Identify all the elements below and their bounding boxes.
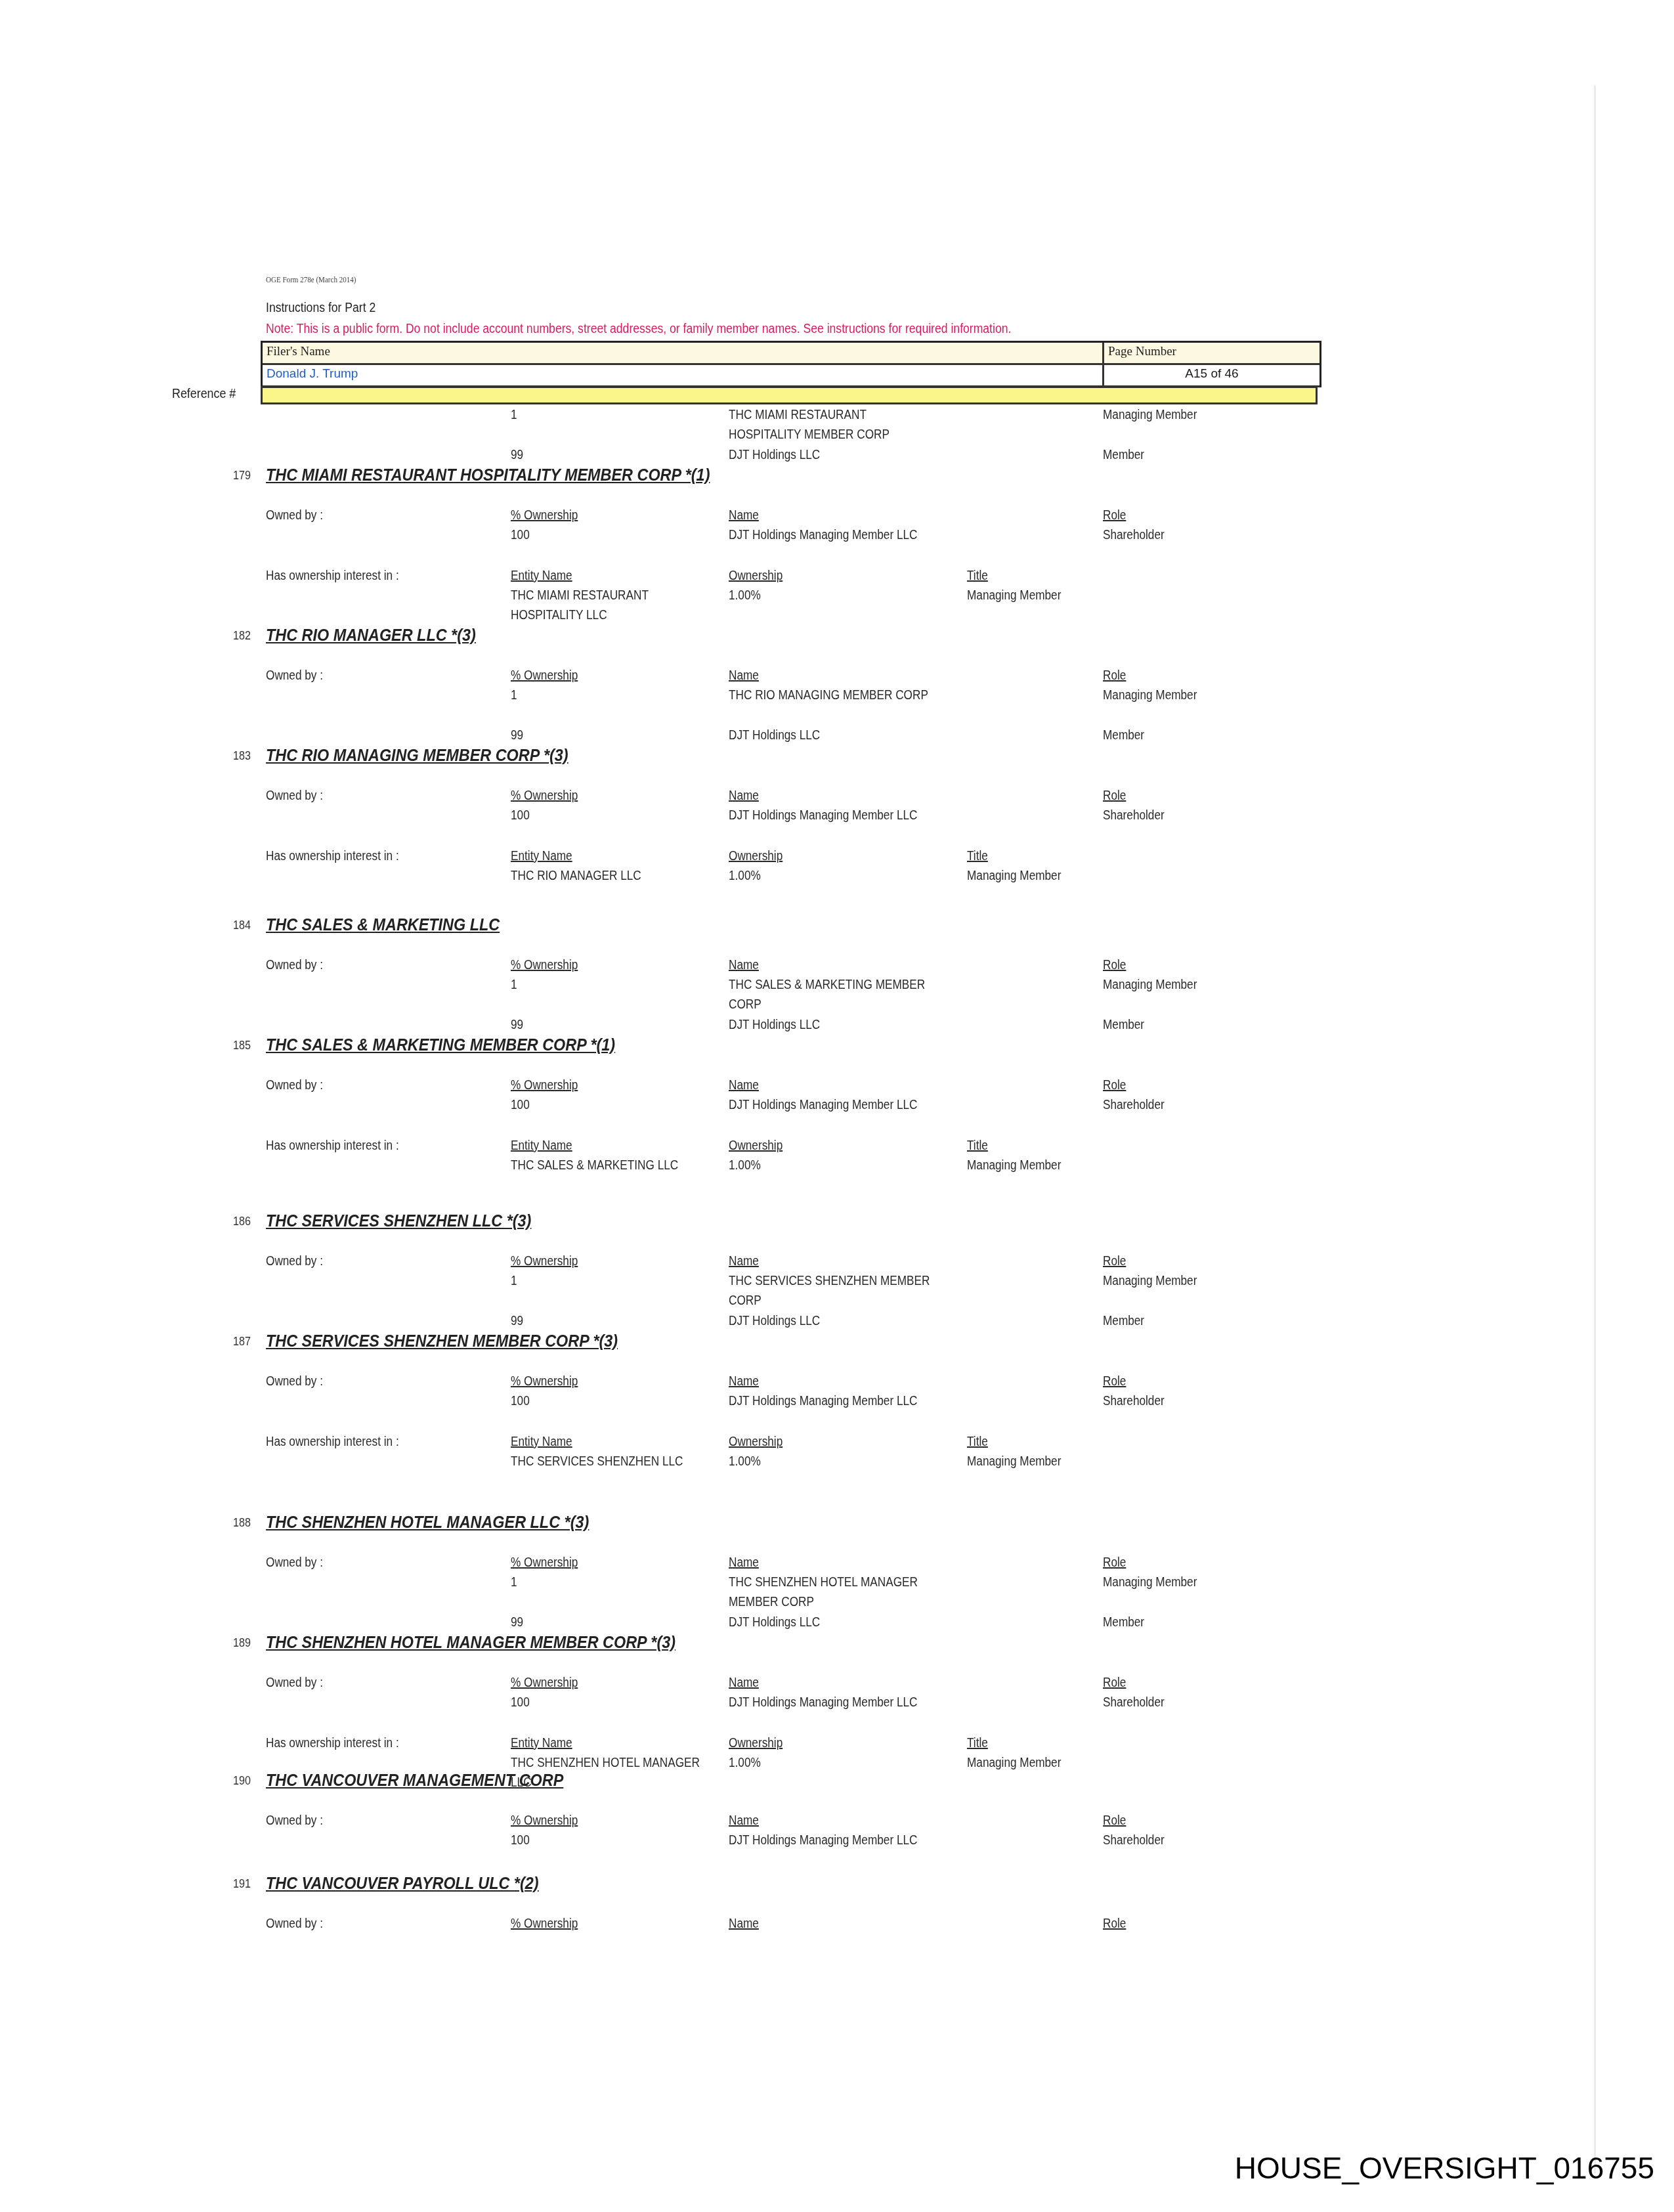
entity-name-header: Entity Name xyxy=(511,566,572,586)
ownership-pct: 100 xyxy=(511,806,530,825)
interest-entity-name: THC SALES & MARKETING LLC xyxy=(511,1156,678,1175)
ownership-pct: 99 xyxy=(511,1613,523,1632)
owned-by-label: Owned by : xyxy=(266,1553,323,1572)
section-title: THC SHENZHEN HOTEL MANAGER LLC *(3) xyxy=(266,1512,589,1532)
ownership-pct: 1 xyxy=(511,1271,517,1291)
owner-role: Member xyxy=(1103,1015,1144,1035)
title-header: Title xyxy=(967,566,988,586)
section-title: THC SHENZHEN HOTEL MANAGER MEMBER CORP *… xyxy=(266,1632,676,1653)
ownership-pct: 100 xyxy=(511,525,530,545)
owned-by-label: Owned by : xyxy=(266,1811,323,1831)
section-number: 183 xyxy=(233,749,251,764)
owner-role: Shareholder xyxy=(1103,525,1165,545)
owner-role: Member xyxy=(1103,445,1144,465)
section-title: THC SALES & MARKETING MEMBER CORP *(1) xyxy=(266,1035,615,1055)
entity-name-header: Entity Name xyxy=(511,846,572,866)
ownership-pct: 1 xyxy=(511,685,517,705)
name-header: Name xyxy=(729,1914,759,1934)
header-value-row: Donald J. Trump A15 of 46 xyxy=(263,365,1320,387)
role-header: Role xyxy=(1103,1251,1126,1271)
section-title: THC VANCOUVER MANAGEMENT CORP xyxy=(266,1770,563,1790)
pct-ownership-header: % Ownership xyxy=(511,786,578,806)
owner-role: Member xyxy=(1103,1613,1144,1632)
interest-ownership: 1.00% xyxy=(729,1753,761,1773)
owner-role: Shareholder xyxy=(1103,1831,1165,1850)
owned-by-label: Owned by : xyxy=(266,1673,323,1693)
interest-title: Managing Member xyxy=(967,866,1061,886)
owner-name-cont: HOSPITALITY MEMBER CORP xyxy=(729,425,890,445)
interest-entity-name: THC RIO MANAGER LLC xyxy=(511,866,641,886)
owner-name: DJT Holdings LLC xyxy=(729,445,820,465)
ownership-pct: 99 xyxy=(511,1015,523,1035)
ownership-header: Ownership xyxy=(729,566,783,586)
interest-entity-name: THC MIAMI RESTAURANT xyxy=(511,586,649,605)
section-number: 188 xyxy=(233,1516,251,1530)
name-header: Name xyxy=(729,786,759,806)
name-header: Name xyxy=(729,1372,759,1391)
section-title: THC MIAMI RESTAURANT HOSPITALITY MEMBER … xyxy=(266,465,710,485)
owner-role: Member xyxy=(1103,1311,1144,1331)
name-header: Name xyxy=(729,1673,759,1693)
owner-name: DJT Holdings LLC xyxy=(729,1613,820,1632)
interest-title: Managing Member xyxy=(967,586,1061,605)
pct-ownership-header: % Ownership xyxy=(511,666,578,685)
role-header: Role xyxy=(1103,666,1126,685)
owner-role: Shareholder xyxy=(1103,806,1165,825)
ownership-pct: 100 xyxy=(511,1391,530,1411)
owner-name: DJT Holdings Managing Member LLC xyxy=(729,806,917,825)
ownership-header: Ownership xyxy=(729,1733,783,1753)
owned-by-label: Owned by : xyxy=(266,506,323,525)
ownership-pct: 100 xyxy=(511,1693,530,1712)
owned-by-label: Owned by : xyxy=(266,786,323,806)
ownership-header: Ownership xyxy=(729,846,783,866)
section-number: 186 xyxy=(233,1215,251,1229)
owner-name-cont: CORP xyxy=(729,995,762,1014)
section-number: 189 xyxy=(233,1636,251,1651)
owner-role: Managing Member xyxy=(1103,405,1197,425)
title-header: Title xyxy=(967,1136,988,1156)
title-header: Title xyxy=(967,1733,988,1753)
owner-role: Shareholder xyxy=(1103,1693,1165,1712)
title-header: Title xyxy=(967,1432,988,1452)
section-number: 190 xyxy=(233,1774,251,1789)
ownership-pct: 100 xyxy=(511,1095,530,1115)
form-version: OGE Form 278e (March 2014) xyxy=(266,274,356,285)
owner-role: Managing Member xyxy=(1103,1572,1197,1592)
owned-by-label: Owned by : xyxy=(266,1251,323,1271)
pct-ownership-header: % Ownership xyxy=(511,1673,578,1693)
owned-by-label: Owned by : xyxy=(266,1075,323,1095)
owner-name: DJT Holdings LLC xyxy=(729,1311,820,1331)
has-interest-label: Has ownership interest in : xyxy=(266,566,399,586)
scan-edge-shadow xyxy=(1594,85,1596,2173)
bates-stamp: HOUSE_OVERSIGHT_016755 xyxy=(1235,2150,1654,2186)
header-label-row: Filer's Name Page Number xyxy=(263,343,1320,365)
role-header: Role xyxy=(1103,786,1126,806)
role-header: Role xyxy=(1103,1372,1126,1391)
owner-name: DJT Holdings LLC xyxy=(729,726,820,745)
role-header: Role xyxy=(1103,1075,1126,1095)
section-title: THC RIO MANAGING MEMBER CORP *(3) xyxy=(266,745,569,766)
interest-entity-name: THC SERVICES SHENZHEN LLC xyxy=(511,1452,683,1471)
ownership-pct: 100 xyxy=(511,1831,530,1850)
owner-name: DJT Holdings Managing Member LLC xyxy=(729,1391,917,1411)
owner-name: THC SERVICES SHENZHEN MEMBER xyxy=(729,1271,930,1291)
owner-role: Shareholder xyxy=(1103,1391,1165,1411)
pct-ownership-header: % Ownership xyxy=(511,1553,578,1572)
ownership-header: Ownership xyxy=(729,1432,783,1452)
name-header: Name xyxy=(729,955,759,975)
role-header: Role xyxy=(1103,506,1126,525)
owner-name: DJT Holdings Managing Member LLC xyxy=(729,525,917,545)
public-form-note: Note: This is a public form. Do not incl… xyxy=(266,322,1011,337)
interest-ownership: 1.00% xyxy=(729,1156,761,1175)
has-interest-label: Has ownership interest in : xyxy=(266,1733,399,1753)
name-header: Name xyxy=(729,1553,759,1572)
pct-ownership-header: % Ownership xyxy=(511,1914,578,1934)
owner-name: DJT Holdings Managing Member LLC xyxy=(729,1831,917,1850)
ownership-header: Ownership xyxy=(729,1136,783,1156)
instructions-title: Instructions for Part 2 xyxy=(266,301,376,316)
ownership-pct: 99 xyxy=(511,726,523,745)
section-number: 179 xyxy=(233,469,251,483)
reference-label: Reference # xyxy=(172,386,236,402)
role-header: Role xyxy=(1103,1673,1126,1693)
interest-ownership: 1.00% xyxy=(729,866,761,886)
ownership-pct: 1 xyxy=(511,405,517,425)
title-header: Title xyxy=(967,846,988,866)
section-title: THC SERVICES SHENZHEN MEMBER CORP *(3) xyxy=(266,1331,618,1351)
entity-name-header: Entity Name xyxy=(511,1136,572,1156)
owner-name: THC MIAMI RESTAURANT xyxy=(729,405,867,425)
owner-name: THC SHENZHEN HOTEL MANAGER xyxy=(729,1572,918,1592)
has-interest-label: Has ownership interest in : xyxy=(266,1136,399,1156)
role-header: Role xyxy=(1103,1914,1126,1934)
owner-name: THC RIO MANAGING MEMBER CORP xyxy=(729,685,928,705)
pct-ownership-header: % Ownership xyxy=(511,1251,578,1271)
pct-ownership-header: % Ownership xyxy=(511,1372,578,1391)
owner-role: Managing Member xyxy=(1103,1271,1197,1291)
interest-title: Managing Member xyxy=(967,1452,1061,1471)
section-number: 185 xyxy=(233,1039,251,1053)
interest-ownership: 1.00% xyxy=(729,1452,761,1471)
interest-title: Managing Member xyxy=(967,1156,1061,1175)
has-interest-label: Has ownership interest in : xyxy=(266,846,399,866)
section-number: 182 xyxy=(233,629,251,643)
owner-name-cont: CORP xyxy=(729,1291,762,1311)
has-interest-label: Has ownership interest in : xyxy=(266,1432,399,1452)
owner-name: THC SALES & MARKETING MEMBER xyxy=(729,975,925,995)
pct-ownership-header: % Ownership xyxy=(511,955,578,975)
owned-by-label: Owned by : xyxy=(266,1914,323,1934)
interest-title: Managing Member xyxy=(967,1753,1061,1773)
ownership-pct: 99 xyxy=(511,445,523,465)
entity-name-header: Entity Name xyxy=(511,1432,572,1452)
section-title: THC SALES & MARKETING LLC xyxy=(266,915,500,935)
owner-name: DJT Holdings Managing Member LLC xyxy=(729,1095,917,1115)
section-number: 187 xyxy=(233,1335,251,1349)
owner-role: Member xyxy=(1103,726,1144,745)
name-header: Name xyxy=(729,1811,759,1831)
section-number: 191 xyxy=(233,1877,251,1892)
owner-role: Managing Member xyxy=(1103,975,1197,995)
section-title: THC SERVICES SHENZHEN LLC *(3) xyxy=(266,1211,531,1231)
ownership-pct: 99 xyxy=(511,1311,523,1331)
owner-name: DJT Holdings LLC xyxy=(729,1015,820,1035)
filer-name-value: Donald J. Trump xyxy=(263,365,1104,385)
name-header: Name xyxy=(729,1251,759,1271)
role-header: Role xyxy=(1103,1553,1126,1572)
role-header: Role xyxy=(1103,1811,1126,1831)
name-header: Name xyxy=(729,1075,759,1095)
owner-role: Shareholder xyxy=(1103,1095,1165,1115)
pct-ownership-header: % Ownership xyxy=(511,506,578,525)
ownership-pct: 1 xyxy=(511,975,517,995)
name-header: Name xyxy=(729,666,759,685)
owner-name-cont: MEMBER CORP xyxy=(729,1592,814,1612)
filer-header-table: Filer's Name Page Number Donald J. Trump… xyxy=(261,341,1321,387)
owner-role: Managing Member xyxy=(1103,685,1197,705)
page-number-label: Page Number xyxy=(1104,343,1320,363)
interest-entity-name-cont: HOSPITALITY LLC xyxy=(511,605,607,625)
page-number-value: A15 of 46 xyxy=(1104,365,1320,385)
section-title: THC VANCOUVER PAYROLL ULC *(2) xyxy=(266,1873,539,1894)
owner-name: DJT Holdings Managing Member LLC xyxy=(729,1693,917,1712)
section-title: THC RIO MANAGER LLC *(3) xyxy=(266,625,476,645)
section-number: 184 xyxy=(233,919,251,933)
owned-by-label: Owned by : xyxy=(266,955,323,975)
entity-name-header: Entity Name xyxy=(511,1733,572,1753)
pct-ownership-header: % Ownership xyxy=(511,1811,578,1831)
owned-by-label: Owned by : xyxy=(266,1372,323,1391)
name-header: Name xyxy=(729,506,759,525)
pct-ownership-header: % Ownership xyxy=(511,1075,578,1095)
interest-ownership: 1.00% xyxy=(729,586,761,605)
role-header: Role xyxy=(1103,955,1126,975)
reference-field xyxy=(261,386,1318,404)
filer-name-label: Filer's Name xyxy=(263,343,1104,363)
owned-by-label: Owned by : xyxy=(266,666,323,685)
ownership-pct: 1 xyxy=(511,1572,517,1592)
